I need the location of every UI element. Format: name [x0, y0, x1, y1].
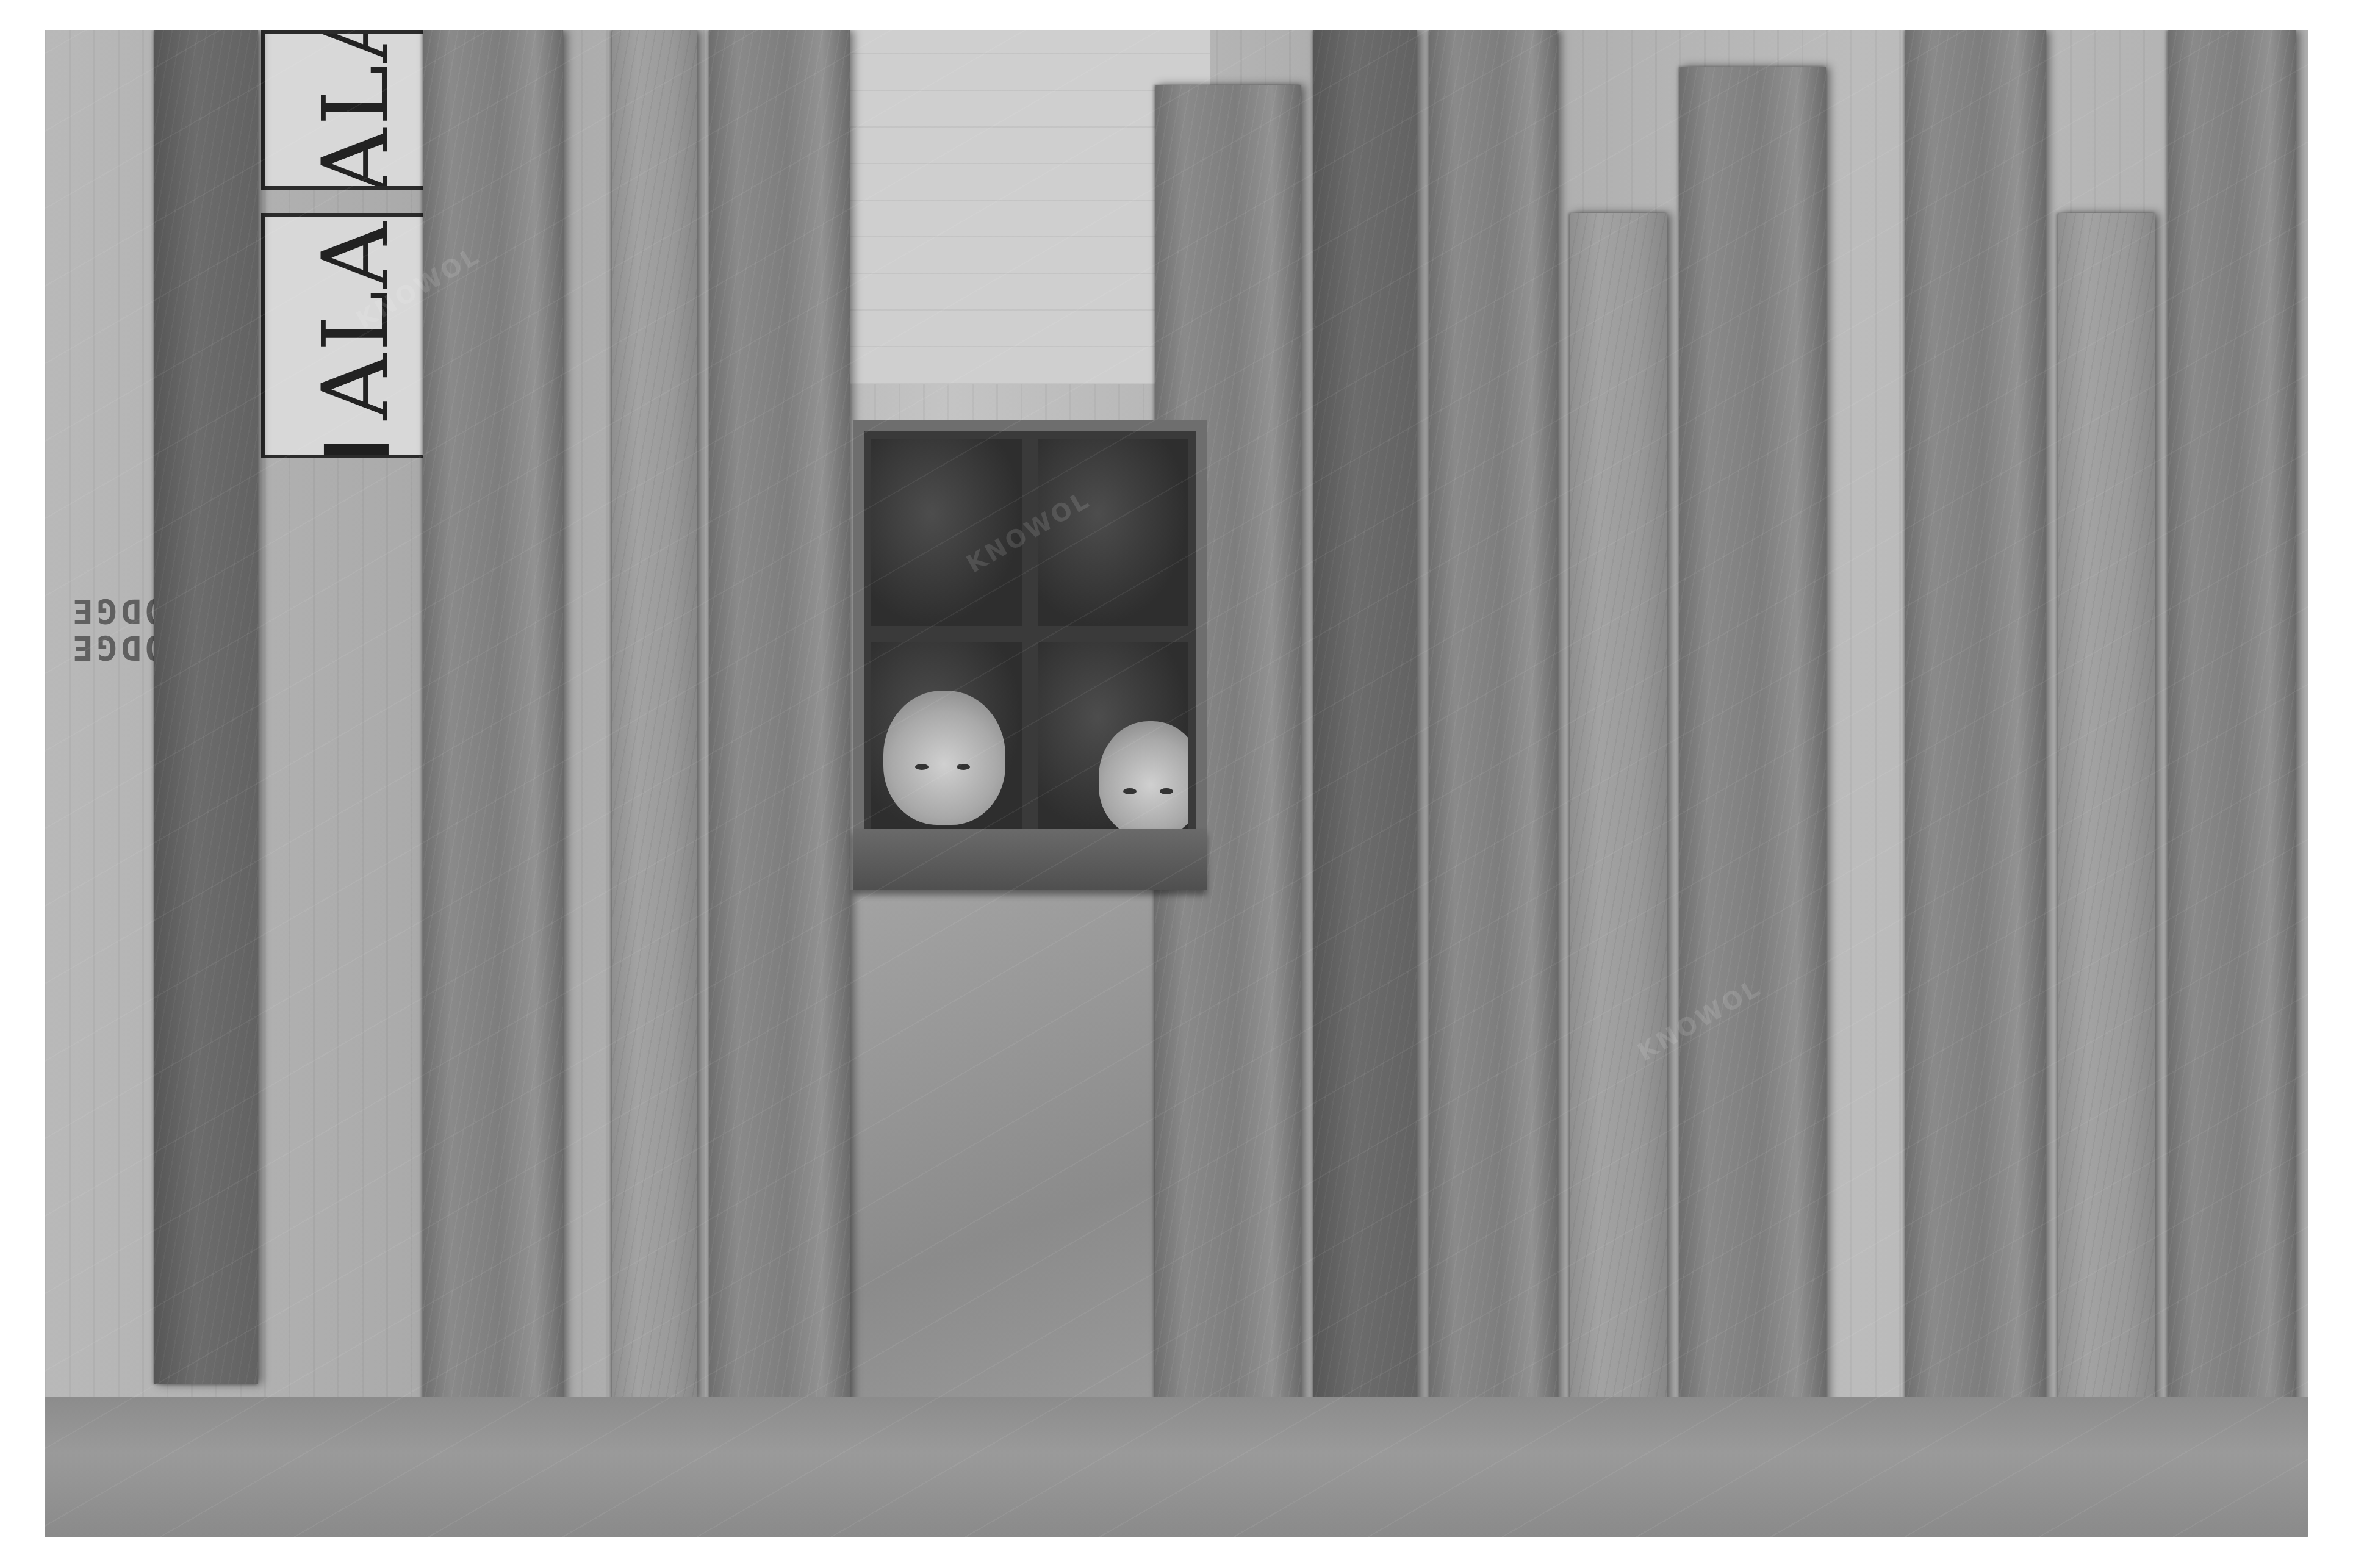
- wood-board: [1905, 30, 2046, 1451]
- wood-board: [423, 30, 563, 1409]
- window-frame: [853, 420, 1207, 847]
- child-face: [1099, 721, 1188, 829]
- wood-board: [2058, 213, 2155, 1433]
- window-pane: [871, 642, 1022, 829]
- wood-board: [612, 30, 697, 1403]
- wood-board: [1429, 30, 1557, 1451]
- wood-board: [1570, 213, 1667, 1445]
- box-brand-name: ALADDIN: [303, 30, 409, 190]
- wood-board: [154, 30, 258, 1384]
- dirt-ground: [45, 1397, 2308, 1537]
- box-brand-band: J.B.CO'S: [324, 444, 389, 458]
- child-face: [883, 691, 1005, 825]
- wood-board: [1679, 67, 1826, 1464]
- wood-board: [709, 30, 850, 1421]
- wood-board: [2168, 30, 2296, 1439]
- window-pane: [1038, 439, 1188, 626]
- window-sill: [853, 829, 1207, 890]
- window-pane: [1038, 642, 1188, 829]
- photograph: J.B.CO'S ALADDIN J.B.CO'S ALADDIN DODGE …: [45, 30, 2308, 1537]
- wood-board: [1313, 30, 1417, 1433]
